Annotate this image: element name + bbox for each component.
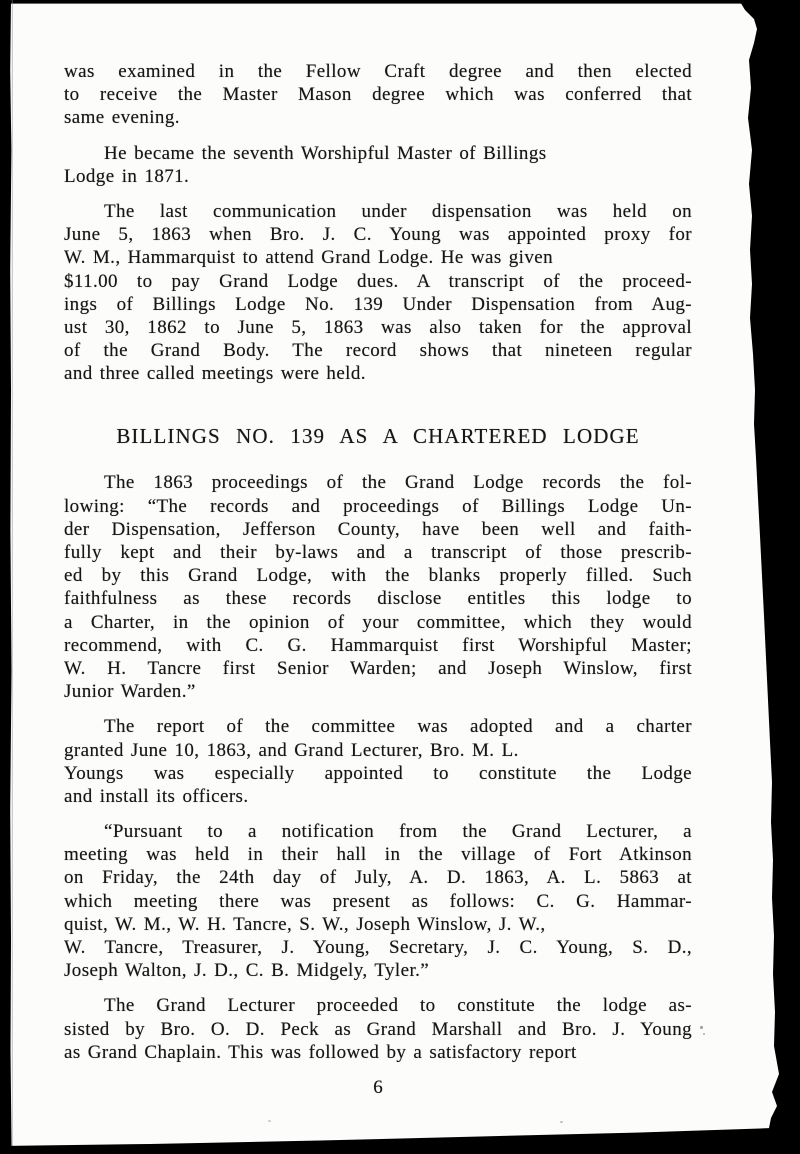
- ink-speck: [560, 1121, 563, 1123]
- paragraph: The last communication under dispensatio…: [64, 200, 692, 386]
- text-line: on Friday, the 24th day of July, A. D. 1…: [64, 866, 692, 889]
- text-line: to receive the Master Mason degree which…: [64, 83, 692, 106]
- text-line: which meeting there was present as follo…: [64, 890, 692, 913]
- text-line: He became the seventh Worshipful Master …: [64, 142, 692, 165]
- text-line: Youngs was especially appointed to const…: [64, 762, 692, 785]
- text-line: ust 30, 1862 to June 5, 1863 was also ta…: [64, 316, 692, 339]
- text-column: was examined in the Fellow Craft degree …: [64, 60, 692, 1099]
- ink-speck: [268, 1120, 271, 1122]
- paragraph: was examined in the Fellow Craft degree …: [64, 60, 692, 130]
- text-line: The report of the committee was adopted …: [64, 715, 692, 738]
- text-line: W. H. Tancre first Senior Warden; and Jo…: [64, 657, 692, 680]
- text-line: faithfulness as these records disclose e…: [64, 587, 692, 610]
- text-line: as Grand Chaplain. This was followed by …: [64, 1041, 692, 1064]
- section-heading: BILLINGS NO. 139 AS A CHARTERED LODGE: [64, 423, 692, 449]
- text-line: Junior Warden.”: [64, 680, 692, 703]
- text-line: “Pursuant to a notification from the Gra…: [64, 820, 692, 843]
- ink-speck: [703, 1033, 705, 1035]
- text-line: The Grand Lecturer proceeded to constitu…: [64, 994, 692, 1017]
- text-line: Lodge in 1871.: [64, 165, 692, 188]
- text-line: granted June 10, 1863, and Grand Lecture…: [64, 739, 692, 762]
- paragraph: He became the seventh Worshipful Master …: [64, 142, 692, 188]
- paragraph: “Pursuant to a notification from the Gra…: [64, 820, 692, 982]
- text-line: $11.00 to pay Grand Lodge dues. A transc…: [64, 270, 692, 293]
- text-line: of the Grand Body. The record shows that…: [64, 339, 692, 362]
- text-line: was examined in the Fellow Craft degree …: [64, 60, 692, 83]
- text-line: June 5, 1863 when Bro. J. C. Young was a…: [64, 223, 692, 246]
- paragraph: The report of the committee was adopted …: [64, 715, 692, 808]
- text-line: and three called meetings were held.: [64, 362, 692, 385]
- text-line: fully kept and their by-laws and a trans…: [64, 541, 692, 564]
- text-line: a Charter, in the opinion of your commit…: [64, 611, 692, 634]
- text-line: and install its officers.: [64, 785, 692, 808]
- text-line: ings of Billings Lodge No. 139 Under Dis…: [64, 293, 692, 316]
- text-line: W. Tancre, Treasurer, J. Young, Secretar…: [64, 936, 692, 959]
- page-number: 6: [64, 1076, 692, 1099]
- text-line: sisted by Bro. O. D. Peck as Grand Marsh…: [64, 1018, 692, 1041]
- text-line: same evening.: [64, 106, 692, 129]
- text-line: W. M., Hammarquist to attend Grand Lodge…: [64, 246, 692, 269]
- text-line: The last communication under dispensatio…: [64, 200, 692, 223]
- text-line: lowing: “The records and proceedings of …: [64, 495, 692, 518]
- ink-speck: [700, 1026, 703, 1029]
- text-line: The 1863 proceedings of the Grand Lodge …: [64, 471, 692, 494]
- text-line: Joseph Walton, J. D., C. B. Midgely, Tyl…: [64, 959, 692, 982]
- paragraph: The 1863 proceedings of the Grand Lodge …: [64, 471, 692, 703]
- text-line: recommend, with C. G. Hammarquist first …: [64, 634, 692, 657]
- text-line: quist, W. M., W. H. Tancre, S. W., Josep…: [64, 913, 692, 936]
- text-line: meeting was held in their hall in the vi…: [64, 843, 692, 866]
- paragraph: The Grand Lecturer proceeded to constitu…: [64, 994, 692, 1064]
- text-line: der Dispensation, Jefferson County, have…: [64, 518, 692, 541]
- text-line: ed by this Grand Lodge, with the blanks …: [64, 564, 692, 587]
